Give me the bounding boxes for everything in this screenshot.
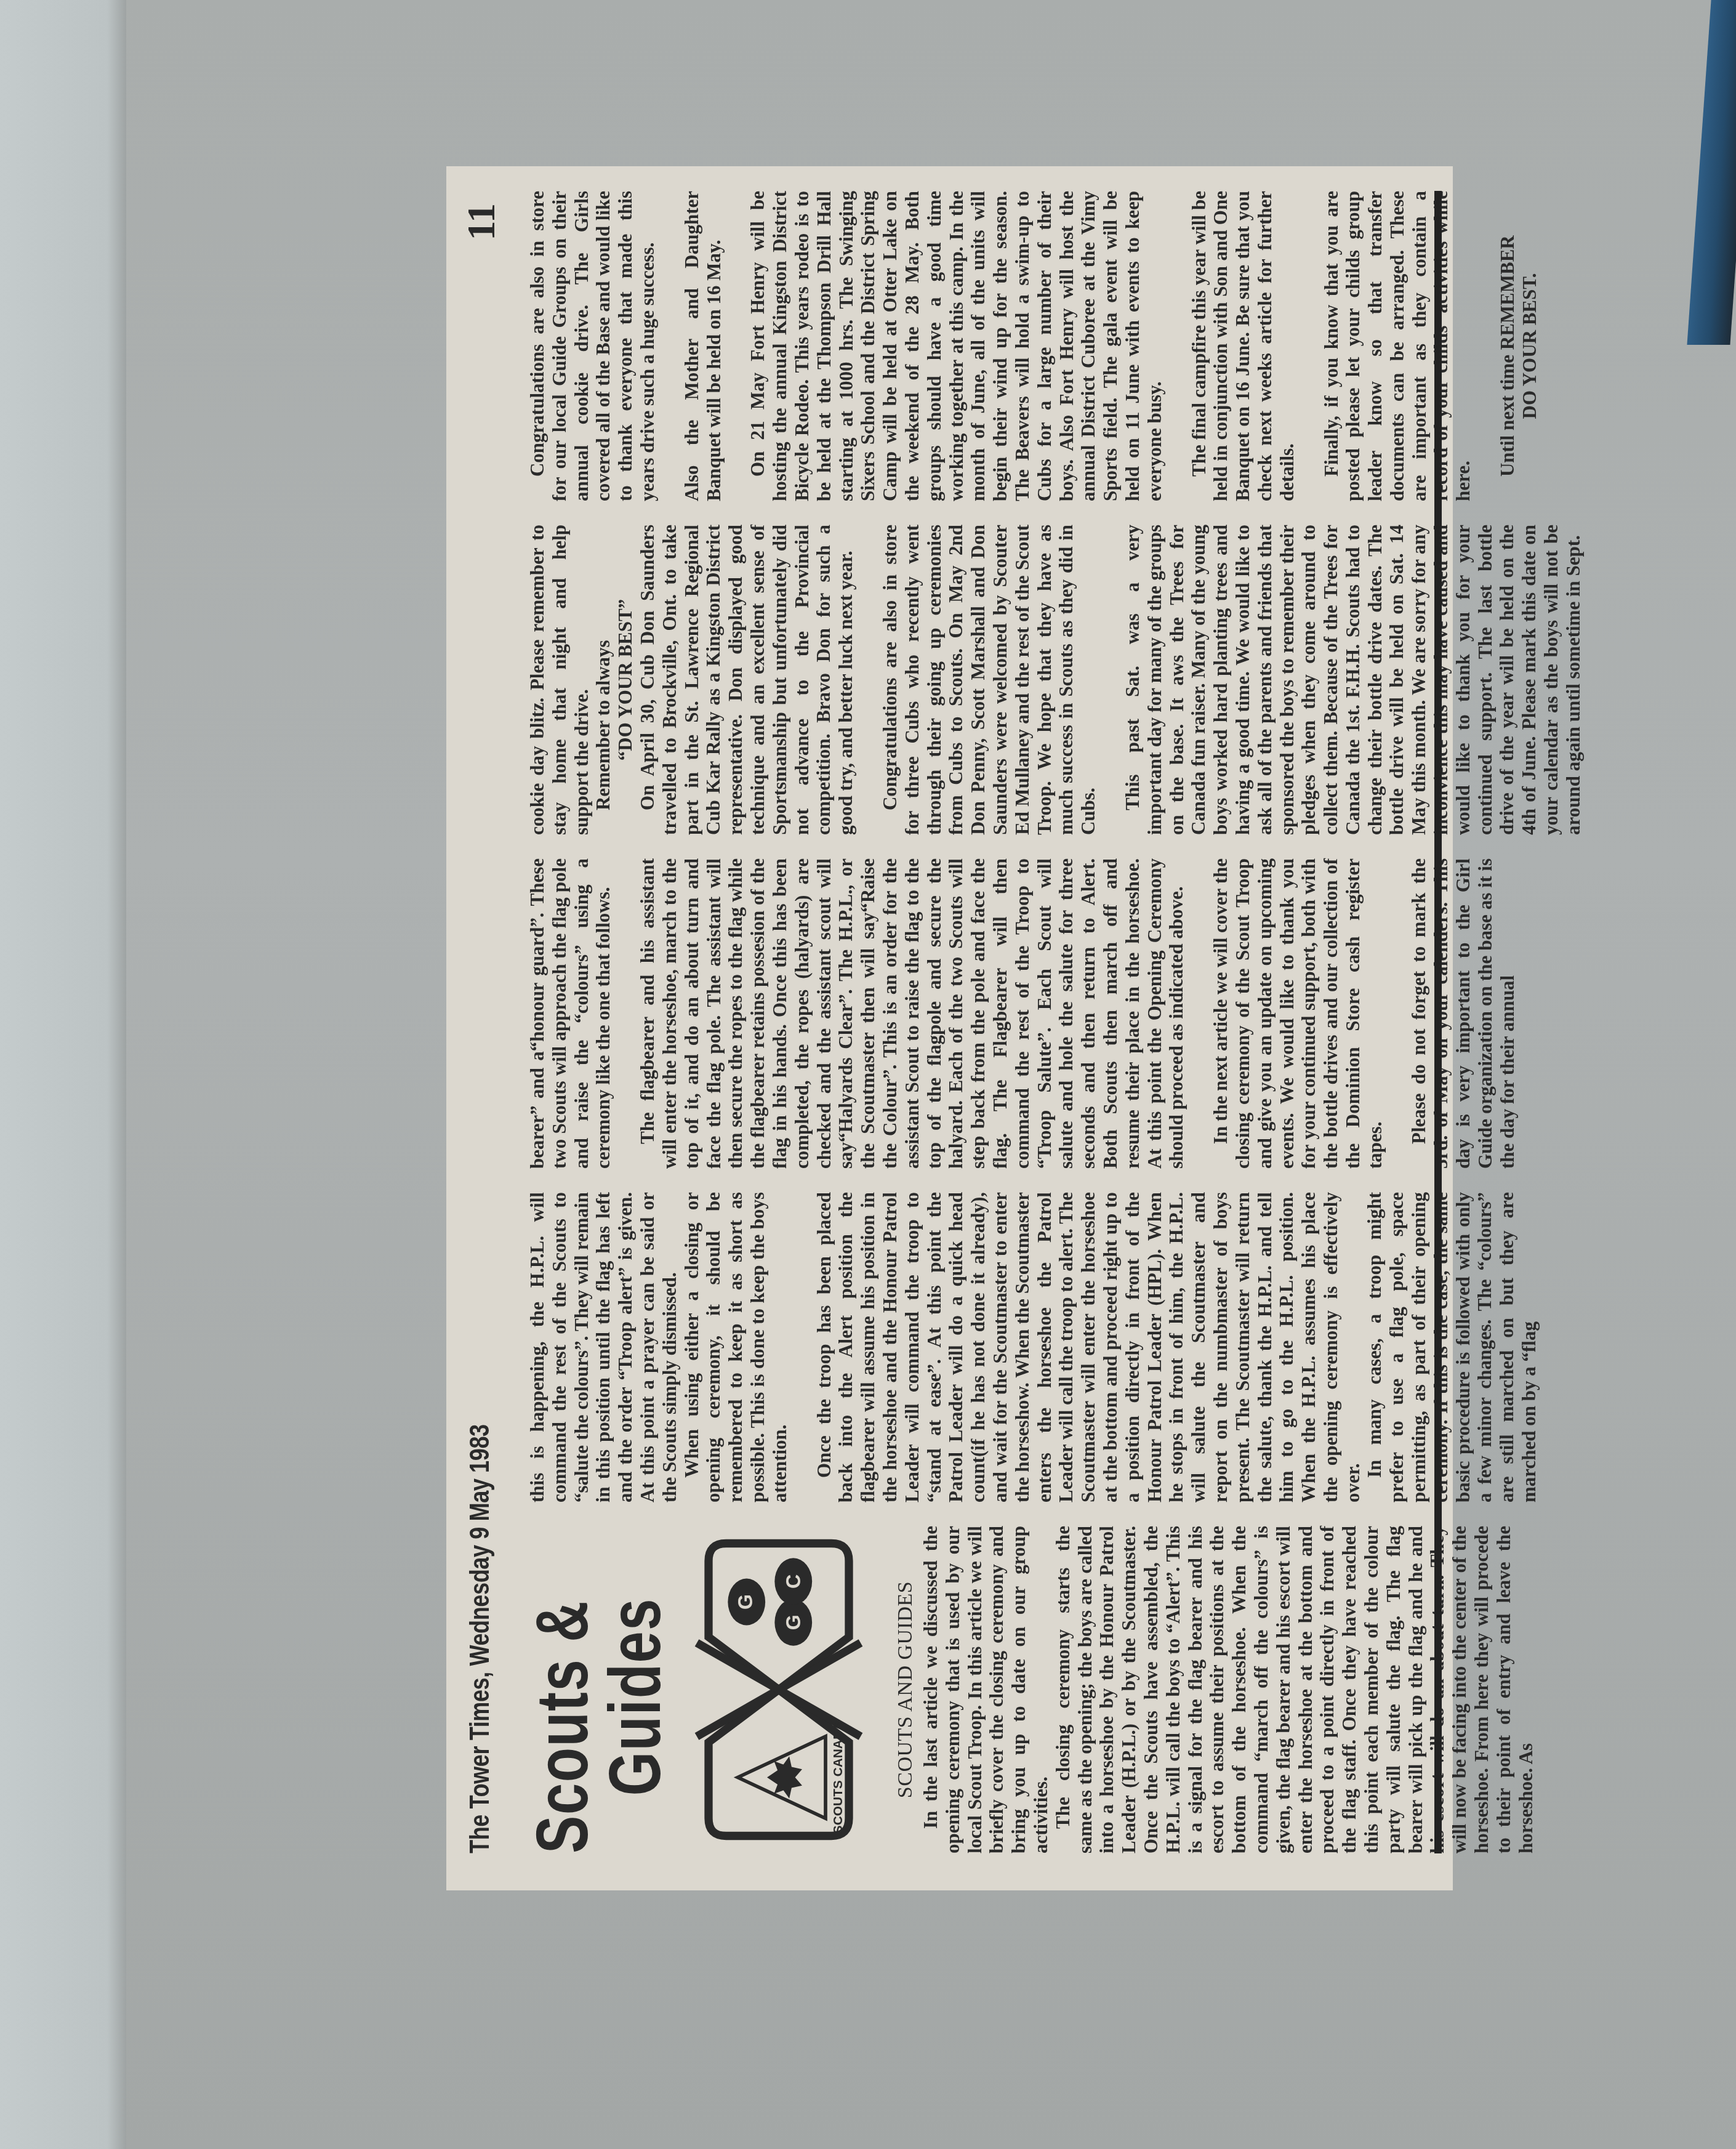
column-3: bearer” and a“honour guard”. These two S… — [526, 858, 1422, 1169]
paragraph: cookie day blitz. Please remember to sta… — [526, 525, 592, 835]
paragraph: Congratulations are also in store for th… — [879, 525, 1099, 835]
column-1: Scouts & Guides SCOUTS CANADA — [526, 1526, 1422, 1853]
paragraph: Once the troop has been placed back into… — [813, 1192, 1364, 1502]
paragraph: Until next time REMEMBER — [1497, 191, 1519, 501]
motto: “DO YOUR BEST” — [614, 525, 637, 835]
section-title: SCOUTS AND GUIDES — [893, 1526, 917, 1853]
paragraph: On April 30, Cub Don Saunders travelled … — [637, 525, 857, 835]
paragraph: Finally, if you know that you are posted… — [1320, 191, 1475, 501]
newspaper-clipping: The Tower Times, Wednesday 9 May 1983 11… — [446, 166, 1453, 1890]
headline-line-1: Scouts & — [522, 1600, 603, 1853]
paragraph: The final campfire this year will be hel… — [1188, 191, 1298, 501]
paragraph: In the next article we will cover the cl… — [1210, 858, 1386, 1169]
article-columns: Scouts & Guides SCOUTS CANADA — [526, 191, 1422, 1853]
scrapbook-page-edge — [0, 0, 126, 2149]
bottom-rule — [1434, 191, 1442, 1853]
paragraph: In many cases, a troop might prefer to u… — [1364, 1192, 1540, 1502]
masthead: The Tower Times, Wednesday 9 May 1983 — [465, 1424, 496, 1853]
paragraph: Congratulations are also in store for ou… — [526, 191, 659, 501]
paragraph: The flagbearer and his assistant will en… — [637, 858, 1187, 1169]
paragraph: On 21 May Fort Henry will be hosting the… — [747, 191, 1165, 501]
svg-text:SCOUTS CANADA: SCOUTS CANADA — [831, 1721, 845, 1834]
scouts-guides-logo: SCOUTS CANADA G G C — [686, 1526, 871, 1853]
paragraph: bearer” and a“honour guard”. These two S… — [526, 858, 614, 1169]
column-2: this is happening, the H.P.L. will comma… — [526, 1192, 1422, 1502]
newspaper-clipping-frame: The Tower Times, Wednesday 9 May 1983 11… — [446, 166, 1453, 1890]
svg-text:G: G — [734, 1594, 757, 1610]
scouts-canada-emblem-icon: SCOUTS CANADA — [738, 1721, 845, 1834]
svg-text:G: G — [782, 1615, 805, 1630]
paragraph: When using either a closing or opening c… — [681, 1192, 791, 1502]
headline-line-2: Guides — [599, 1522, 672, 1853]
headline: Scouts & Guides — [526, 1522, 672, 1853]
paragraph: this is happening, the H.P.L. will comma… — [526, 1192, 681, 1502]
sign-off: DO YOUR BEST. — [1519, 191, 1541, 501]
paragraph: The closing ceremony starts the same as … — [1052, 1526, 1537, 1853]
svg-text:C: C — [782, 1574, 805, 1589]
paragraph: In the last article we discussed the ope… — [920, 1526, 1052, 1853]
column-5: Congratulations are also in store for ou… — [526, 191, 1422, 501]
paragraph: Please do not forget to mark the 3rd. of… — [1408, 858, 1518, 1169]
column-4: cookie day blitz. Please remember to sta… — [526, 525, 1422, 835]
paragraph: Also the Mother and Daughter Banquet wil… — [681, 191, 725, 501]
page-number: 11 — [459, 203, 504, 240]
trefoil-icon: G G C — [728, 1558, 812, 1645]
paragraph: This past Sat. was a very important day … — [1122, 525, 1585, 835]
paragraph: Remember to always — [592, 525, 614, 835]
